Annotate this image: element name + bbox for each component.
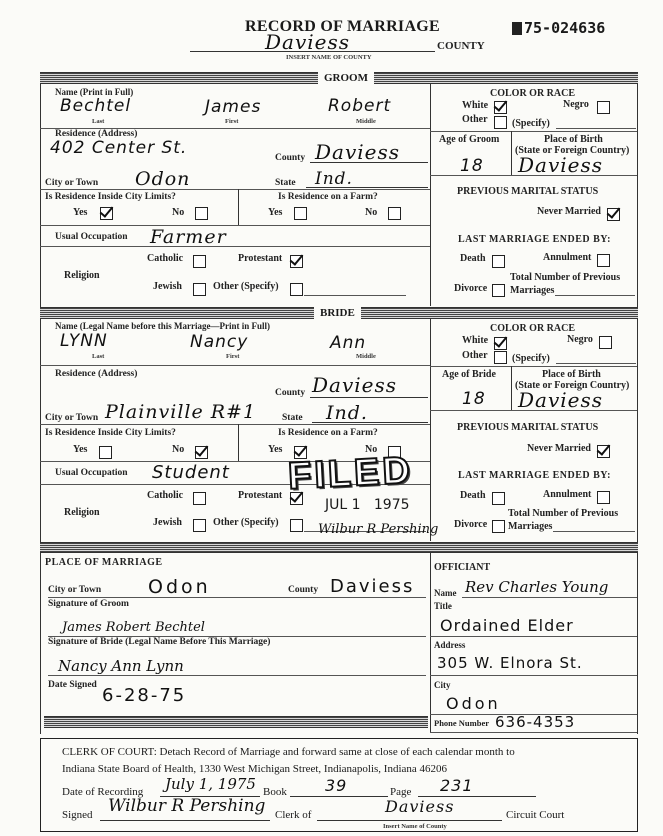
groom-marriages-label: Marriages: [510, 285, 554, 296]
groom-other-religion-label: Other (Specify): [213, 281, 279, 292]
bride-annulment-label: Annulment: [543, 489, 591, 500]
groom-county-label: County: [275, 153, 305, 163]
groom-religion-label: Religion: [64, 270, 100, 281]
county-value: Daviess: [265, 30, 350, 54]
place-officiant-divider: [430, 553, 431, 733]
bride-last-caption: Last: [92, 353, 104, 360]
groom-other-race-checkbox[interactable]: [494, 116, 507, 129]
groom-farm-yes-label: Yes: [268, 207, 282, 218]
officiant-city: Odon: [446, 694, 501, 713]
place-city: Odon: [148, 576, 211, 598]
officiant-phone-label: Phone Number: [434, 718, 489, 728]
groom-jewish-checkbox[interactable]: [193, 283, 206, 296]
bride-middle-name: Ann: [330, 333, 366, 353]
groom-middle-caption: Middle: [356, 118, 376, 125]
groom-death-checkbox[interactable]: [492, 255, 505, 268]
groom-band: GROOM: [40, 72, 638, 84]
groom-divorce-label: Divorce: [454, 283, 487, 294]
groom-prev-status-label: PREVIOUS MARITAL STATUS: [457, 186, 598, 197]
clerk-signature: Wilbur R Pershing: [108, 796, 265, 816]
page-number: 231: [440, 776, 474, 795]
bride-other-race-checkbox[interactable]: [494, 351, 507, 364]
groom-divider: [430, 84, 431, 306]
groom-residence: 402 Center St.: [50, 138, 187, 158]
filed-stamp-date: JUL 1 1975: [325, 497, 410, 513]
groom-farm-label: Is Residence on a Farm?: [278, 192, 378, 202]
divider: [430, 131, 637, 132]
bride-age: 18: [462, 389, 486, 409]
frame-right: [637, 72, 638, 734]
groom-jewish-label: Jewish: [153, 281, 182, 292]
bride-jewish-label: Jewish: [153, 517, 182, 528]
clerk-county-caption: Insert Name of County: [383, 823, 447, 830]
groom-city-limits-label: Is Residence Inside City Limits?: [45, 192, 176, 202]
groom-divorce-checkbox[interactable]: [492, 284, 505, 297]
bride-signature-label: Signature of Bride (Legal Name Before Th…: [48, 637, 270, 647]
divider: [430, 636, 637, 637]
groom-age-label: Age of Groom: [439, 134, 499, 145]
bride-state: Ind.: [326, 402, 368, 424]
groom-death-label: Death: [460, 253, 486, 264]
bride-last-name: Lynn: [60, 331, 108, 351]
bride-death-label: Death: [460, 490, 486, 501]
officiant-title-label: Title: [434, 601, 452, 611]
officiant-name-label: Name: [434, 588, 457, 598]
bride-age-label: Age of Bride: [442, 369, 496, 380]
bride-city-limits-yes-checkbox[interactable]: [99, 446, 112, 459]
bride-county-label: County: [275, 388, 305, 398]
bride-city-limits-label: Is Residence Inside City Limits?: [45, 428, 176, 438]
groom-signature-label: Signature of Groom: [48, 599, 129, 609]
bride-white-label: White: [462, 335, 488, 346]
groom-annulment-checkbox[interactable]: [597, 254, 610, 267]
groom-catholic-label: Catholic: [147, 253, 183, 264]
divider: [40, 365, 430, 366]
bride-color-label: COLOR OR RACE: [490, 323, 575, 334]
bride-never-married-checkbox[interactable]: [597, 445, 610, 458]
bride-occupation: Student: [152, 462, 230, 483]
groom-city-label: City or Town: [45, 178, 98, 188]
bride-county: Daviess: [312, 373, 397, 397]
bride-city-no-label: No: [172, 444, 184, 455]
groom-city-limits-no-checkbox[interactable]: [195, 207, 208, 220]
bride-other-race-label: Other: [462, 350, 488, 361]
frame-left: [40, 72, 41, 734]
groom-total-prev-label: Total Number of Previous: [510, 272, 620, 283]
date-signed: 6-28-75: [102, 685, 186, 706]
groom-farm-yes-checkbox[interactable]: [294, 207, 307, 220]
groom-city-limits-yes-checkbox[interactable]: [100, 207, 113, 220]
bride-state-label: State: [282, 413, 303, 423]
divider: [48, 675, 426, 676]
groom-specify-line: [556, 128, 636, 129]
groom-white-label: White: [462, 100, 488, 111]
groom-last-caption: Last: [92, 118, 104, 125]
bride-never-married-label: Never Married: [527, 443, 591, 454]
bride-annulment-checkbox[interactable]: [597, 491, 610, 504]
groom-age: 18: [460, 156, 484, 176]
certificate-number: 75-024636: [512, 19, 605, 37]
signed-label: Signed: [62, 809, 93, 821]
bottom-band: [44, 716, 428, 728]
groom-never-married-label: Never Married: [537, 206, 601, 217]
bride-band: BRIDE: [40, 307, 638, 319]
bride-jewish-checkbox[interactable]: [193, 519, 206, 532]
bride-city: Plainville R#1: [105, 401, 256, 423]
bride-signature: Nancy Ann Lynn: [58, 657, 184, 675]
groom-white-checkbox[interactable]: [494, 101, 507, 114]
page-line: [418, 784, 536, 797]
bride-death-checkbox[interactable]: [492, 492, 505, 505]
officiant-phone: 636-4353: [495, 713, 575, 731]
bride-protestant-label: Protestant: [238, 490, 282, 501]
divider: [40, 424, 430, 425]
divider: [238, 189, 239, 225]
groom-negro-checkbox[interactable]: [597, 101, 610, 114]
groom-other-race-label: Other: [462, 114, 488, 125]
groom-farm-no-label: No: [365, 207, 377, 218]
clerk-county: Daviess: [385, 797, 454, 816]
groom-protestant-label: Protestant: [238, 253, 282, 264]
bride-specify-line: [556, 363, 636, 364]
groom-protestant-checkbox[interactable]: [290, 255, 303, 268]
place-band: [40, 542, 638, 553]
bride-city-yes-label: Yes: [73, 444, 87, 455]
book-label: Book: [263, 786, 287, 798]
divider: [430, 732, 637, 733]
filed-stamp-signature: Wilbur R Pershing: [318, 522, 438, 537]
place-city-label: City or Town: [48, 585, 101, 595]
bride-middle-caption: Middle: [356, 353, 376, 360]
groom-last-ended-label: LAST MARRIAGE ENDED BY:: [458, 234, 611, 245]
divider: [430, 175, 637, 176]
bride-prev-status-label: PREVIOUS MARITAL STATUS: [457, 422, 598, 433]
bride-specify-label: (Specify): [512, 353, 550, 364]
groom-birth-label: Place of Birth: [544, 134, 603, 145]
groom-signature: James Robert Bechtel: [62, 620, 205, 635]
bride-last-ended-label: LAST MARRIAGE ENDED BY:: [458, 470, 611, 481]
book-number: 39: [325, 776, 347, 795]
bride-divorce-checkbox[interactable]: [492, 520, 505, 533]
groom-state: Ind.: [315, 169, 353, 189]
clerk-instruction-line2: Indiana State Board of Health, 1330 West…: [62, 763, 447, 775]
bride-occupation-label: Usual Occupation: [55, 468, 128, 478]
county-label: COUNTY: [437, 40, 485, 52]
bride-farm-label: Is Residence on a Farm?: [278, 428, 378, 438]
divider: [430, 366, 637, 367]
groom-annulment-label: Annulment: [543, 252, 591, 263]
stamp-mark-icon: [512, 22, 522, 35]
divider: [40, 225, 430, 226]
bride-other-religion-label: Other (Specify): [213, 517, 279, 528]
groom-other-religion-line: [304, 295, 406, 296]
bride-birth-place: Daviess: [518, 388, 603, 412]
groom-other-religion-checkbox[interactable]: [290, 283, 303, 296]
groom-occupation-label: Usual Occupation: [55, 232, 128, 242]
groom-farm-no-checkbox[interactable]: [388, 207, 401, 220]
officiant-section-title: OFFICIANT: [434, 562, 490, 573]
divider: [48, 597, 426, 598]
bride-residence-label: Residence (Address): [55, 369, 137, 379]
officiant-address: 305 W. Elnora St.: [437, 654, 583, 672]
bride-total-prev-label: Total Number of Previous: [508, 508, 618, 519]
groom-never-married-checkbox[interactable]: [607, 208, 620, 221]
bride-name-label: Name (Legal Name before this Marriage—Pr…: [55, 321, 270, 331]
bride-first-caption: First: [226, 353, 239, 360]
bride-negro-checkbox[interactable]: [599, 336, 612, 349]
bride-section-title: BRIDE: [314, 306, 361, 320]
groom-first-name: James: [205, 97, 261, 117]
divider: [40, 246, 430, 247]
bride-city-label: City or Town: [45, 413, 98, 423]
divider: [511, 366, 512, 410]
groom-county: Daviess: [315, 140, 400, 164]
groom-section-title: GROOM: [318, 71, 374, 85]
county-caption: INSERT NAME OF COUNTY: [286, 54, 372, 61]
date-signed-label: Date Signed: [48, 680, 97, 690]
divider: [462, 597, 637, 598]
groom-city-no-label: No: [172, 207, 184, 218]
bride-catholic-label: Catholic: [147, 490, 183, 501]
groom-occupation: Farmer: [150, 226, 227, 248]
groom-city: Odon: [135, 168, 190, 190]
bride-divorce-label: Divorce: [454, 519, 487, 530]
bride-other-religion-checkbox[interactable]: [290, 519, 303, 532]
groom-specify-label: (Specify): [512, 118, 550, 129]
bride-birth-label: Place of Birth: [542, 369, 601, 380]
filed-stamp: FILED: [287, 448, 439, 496]
clerk-instruction-line1: CLERK OF COURT: Detach Record of Marriag…: [62, 746, 515, 758]
groom-state-label: State: [275, 178, 296, 188]
officiant-name: Rev Charles Young: [465, 578, 608, 596]
circuit-court-label: Circuit Court: [506, 809, 564, 821]
groom-middle-name: Robert: [328, 96, 391, 116]
divider: [430, 410, 637, 411]
groom-birth-place: Daviess: [518, 153, 603, 177]
place-county: Daviess: [330, 576, 414, 597]
filed-stamp-text: FILED: [287, 449, 414, 497]
bride-farm-yes-label: Yes: [268, 444, 282, 455]
bride-negro-label: Negro: [567, 334, 593, 345]
certificate-number-text: 75-024636: [524, 19, 605, 37]
bride-religion-label: Religion: [64, 507, 100, 518]
bride-white-checkbox[interactable]: [494, 337, 507, 350]
officiant-city-label: City: [434, 680, 451, 690]
officiant-title: Ordained Elder: [440, 616, 574, 635]
groom-city-yes-label: Yes: [73, 207, 87, 218]
bride-first-name: Nancy: [190, 332, 248, 352]
groom-last-name: Bechtel: [60, 96, 131, 116]
divider: [40, 189, 430, 190]
groom-negro-label: Negro: [563, 99, 589, 110]
bride-city-limits-no-checkbox[interactable]: [195, 446, 208, 459]
groom-catholic-checkbox[interactable]: [193, 255, 206, 268]
divider: [511, 131, 512, 175]
bride-catholic-checkbox[interactable]: [193, 492, 206, 505]
place-section-title: PLACE OF MARRIAGE: [45, 557, 163, 568]
officiant-address-label: Address: [434, 640, 465, 650]
groom-first-caption: First: [225, 118, 238, 125]
divider: [238, 424, 239, 461]
place-county-label: County: [288, 585, 318, 595]
divider: [430, 675, 637, 676]
recording-date: July 1, 1975: [165, 775, 256, 793]
groom-marriages-line: [555, 295, 635, 296]
clerk-of-label: Clerk of: [275, 809, 311, 821]
bride-divider: [430, 319, 431, 541]
bride-marriages-line: [553, 531, 635, 532]
bride-marriages-label: Marriages: [508, 521, 552, 532]
